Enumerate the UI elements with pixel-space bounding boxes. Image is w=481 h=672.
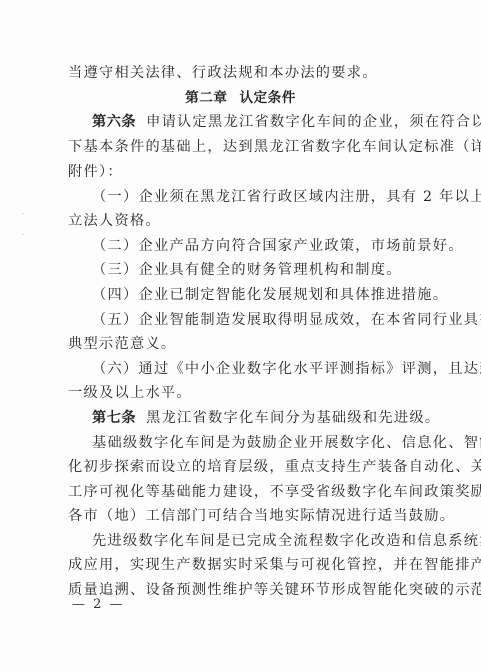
text-line: 化初步探索而设立的培育层级，重点支持生产装备自动化、关键 [68,458,420,476]
text-line: 成应用，实现生产数据实时采集与可视化管控，并在智能排产、 [68,556,420,574]
text-line: 典型示范意义。 [68,335,420,353]
condition-item-6: （六）通过《中小企业数字化水平评测指标》评测，且达到 [92,360,420,378]
article-text: 申请认定黑龙江省数字化车间的企业，须在符合以 [146,114,481,130]
article-six: 第六条申请认定黑龙江省数字化车间的企业，须在符合以 [92,113,420,131]
chapter-title: 认定条件 [239,90,295,106]
chapter-heading: 第二章认定条件 [0,89,481,107]
condition-item-1: （一）企业须在黑龙江省行政区域内注册，具有 2 年以上独 [92,188,420,206]
text-line: 基础级数字化车间是为鼓励企业开展数字化、信息化、智能 [92,434,420,452]
condition-item-2: （二）企业产品方向符合国家产业政策，市场前景好。 [92,237,420,255]
page-number: — 2 — [72,597,125,612]
article-text: 黑龙江省数字化车间分为基础级和先进级。 [146,410,440,426]
text-line: 下基本条件的基础上，达到黑龙江省数字化车间认定标准（详见 [68,138,420,156]
condition-item-3: （三）企业具有健全的财务管理机构和制度。 [92,261,420,279]
chapter-number: 第二章 [185,90,227,106]
scan-speck [22,234,24,235]
text-line: 一级及以上水平。 [68,384,420,402]
article-label: 第七条 [92,410,136,426]
text-line: 各市（地）工信部门可结合当地实际情况进行适当鼓励。 [68,507,420,525]
text-line: 立法人资格。 [68,212,420,230]
document-page: 当遵守相关法律、行政法规和本办法的要求。 第二章认定条件 第六条申请认定黑龙江省… [0,0,481,672]
text-line: 先进级数字化车间是已完成全流程数字化改造和信息系统集 [92,532,420,550]
condition-item-4: （四）企业已制定智能化发展规划和具体推进措施。 [92,286,420,304]
text-line: 附件）： [68,163,420,181]
text-line: 工序可视化等基础能力建设，不享受省级数字化车间政策奖励， [68,483,420,501]
condition-item-5: （五）企业智能制造发展取得明显成效，在本省同行业具有 [92,311,420,329]
article-label: 第六条 [92,114,136,130]
text-line: 当遵守相关法律、行政法规和本办法的要求。 [68,64,420,82]
scan-speck [22,213,24,214]
article-seven: 第七条黑龙江省数字化车间分为基础级和先进级。 [92,409,420,427]
